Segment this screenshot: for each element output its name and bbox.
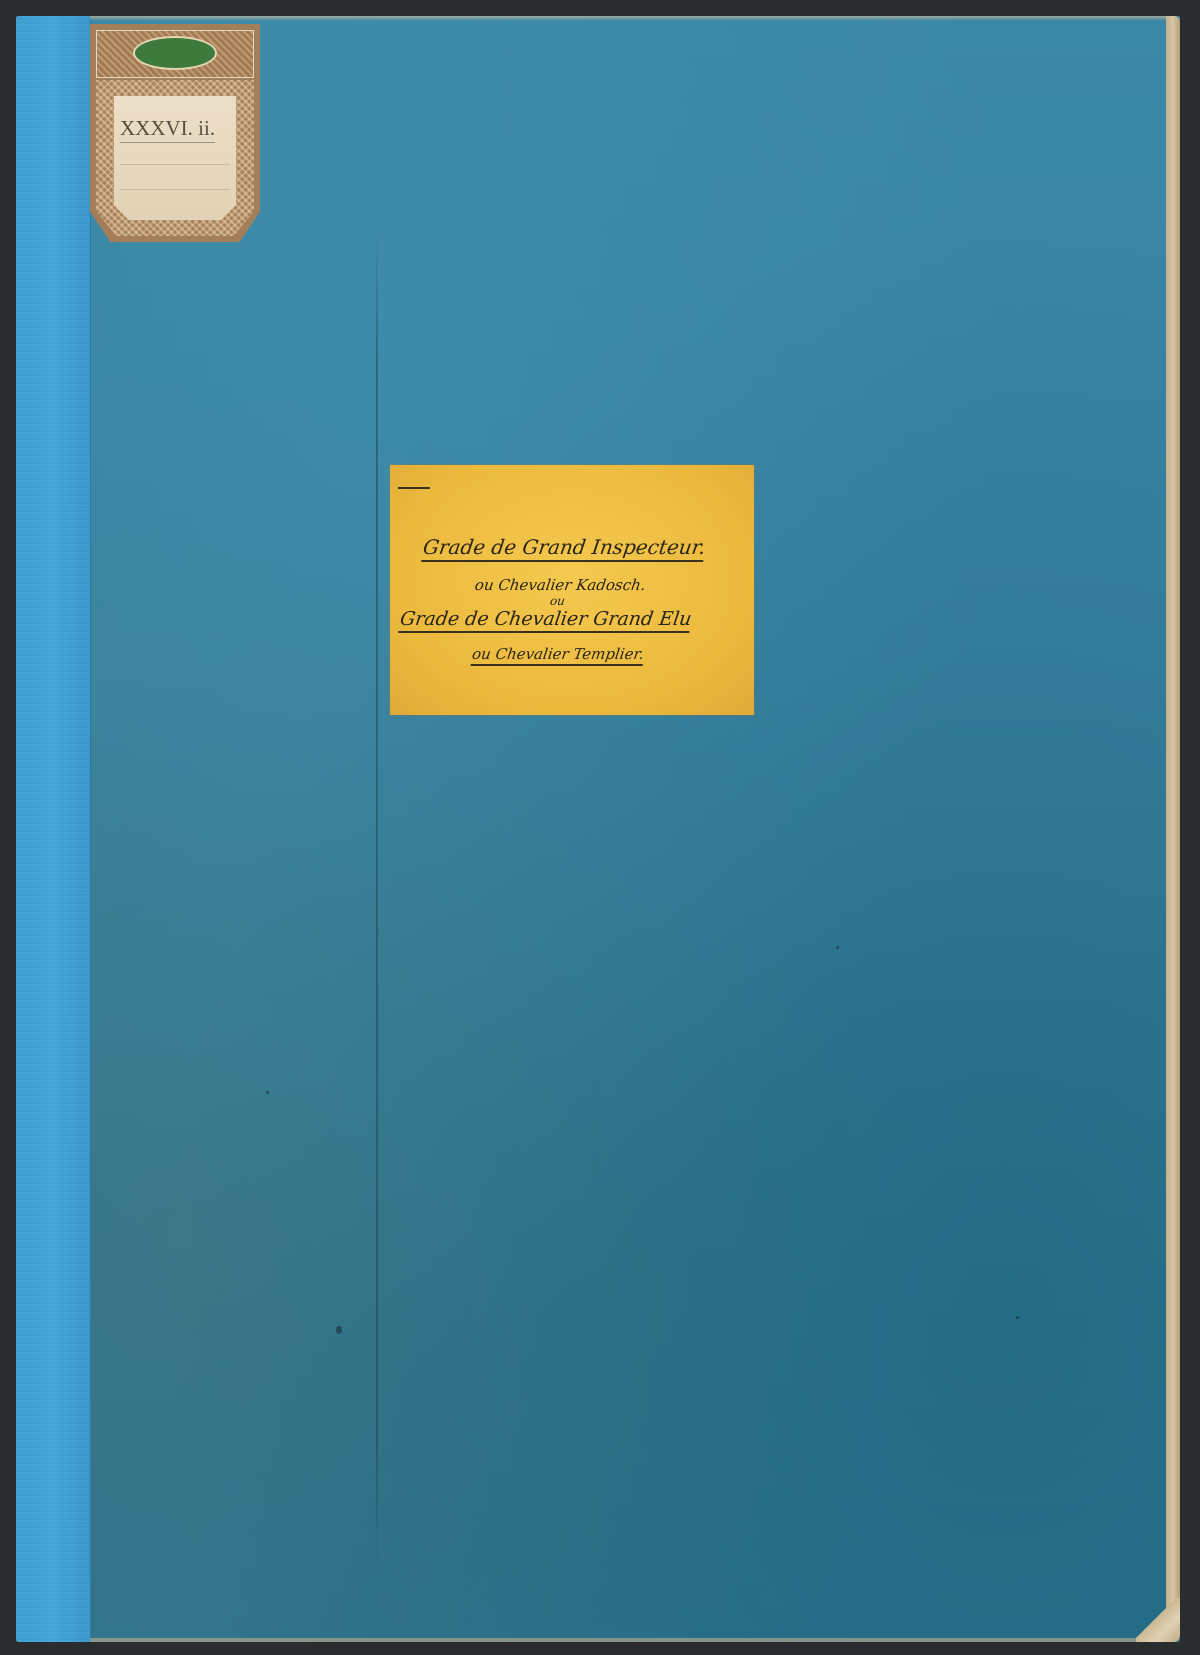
ruled-line xyxy=(120,189,230,190)
stain-spot xyxy=(836,946,839,949)
shelf-mark-text: XXXVI. ii. xyxy=(120,116,215,143)
shelf-mark-label: XXXVI. ii. xyxy=(90,24,260,242)
title-label: Grade de Grand Inspecteur. ou Chevalier … xyxy=(390,465,754,715)
fore-edge-pages xyxy=(1166,16,1180,1642)
ink-dash xyxy=(398,487,430,489)
stain-spot xyxy=(336,1326,342,1334)
book-cover: XXXVI. ii. Grade de Grand Inspecteur. ou… xyxy=(16,16,1180,1642)
ruled-line xyxy=(120,164,230,165)
stain-spot xyxy=(266,1091,269,1094)
title-line-2: ou Chevalier Kadosch. xyxy=(474,576,647,594)
green-oval-cartouche xyxy=(133,36,217,70)
title-line-5: ou Chevalier Templier. xyxy=(471,645,646,666)
worn-corner xyxy=(1136,1598,1180,1642)
label-paper xyxy=(114,96,236,220)
title-line-4: Grade de Chevalier Grand Elu xyxy=(398,608,693,633)
stain-spot xyxy=(1016,1316,1019,1319)
fold-crease xyxy=(376,231,378,1571)
top-page-edge xyxy=(90,16,1170,21)
cloth-spine xyxy=(16,16,91,1642)
bottom-page-edge xyxy=(90,1638,1170,1642)
title-line-1: Grade de Grand Inspecteur. xyxy=(421,535,707,562)
title-line-3: ou xyxy=(549,594,566,608)
